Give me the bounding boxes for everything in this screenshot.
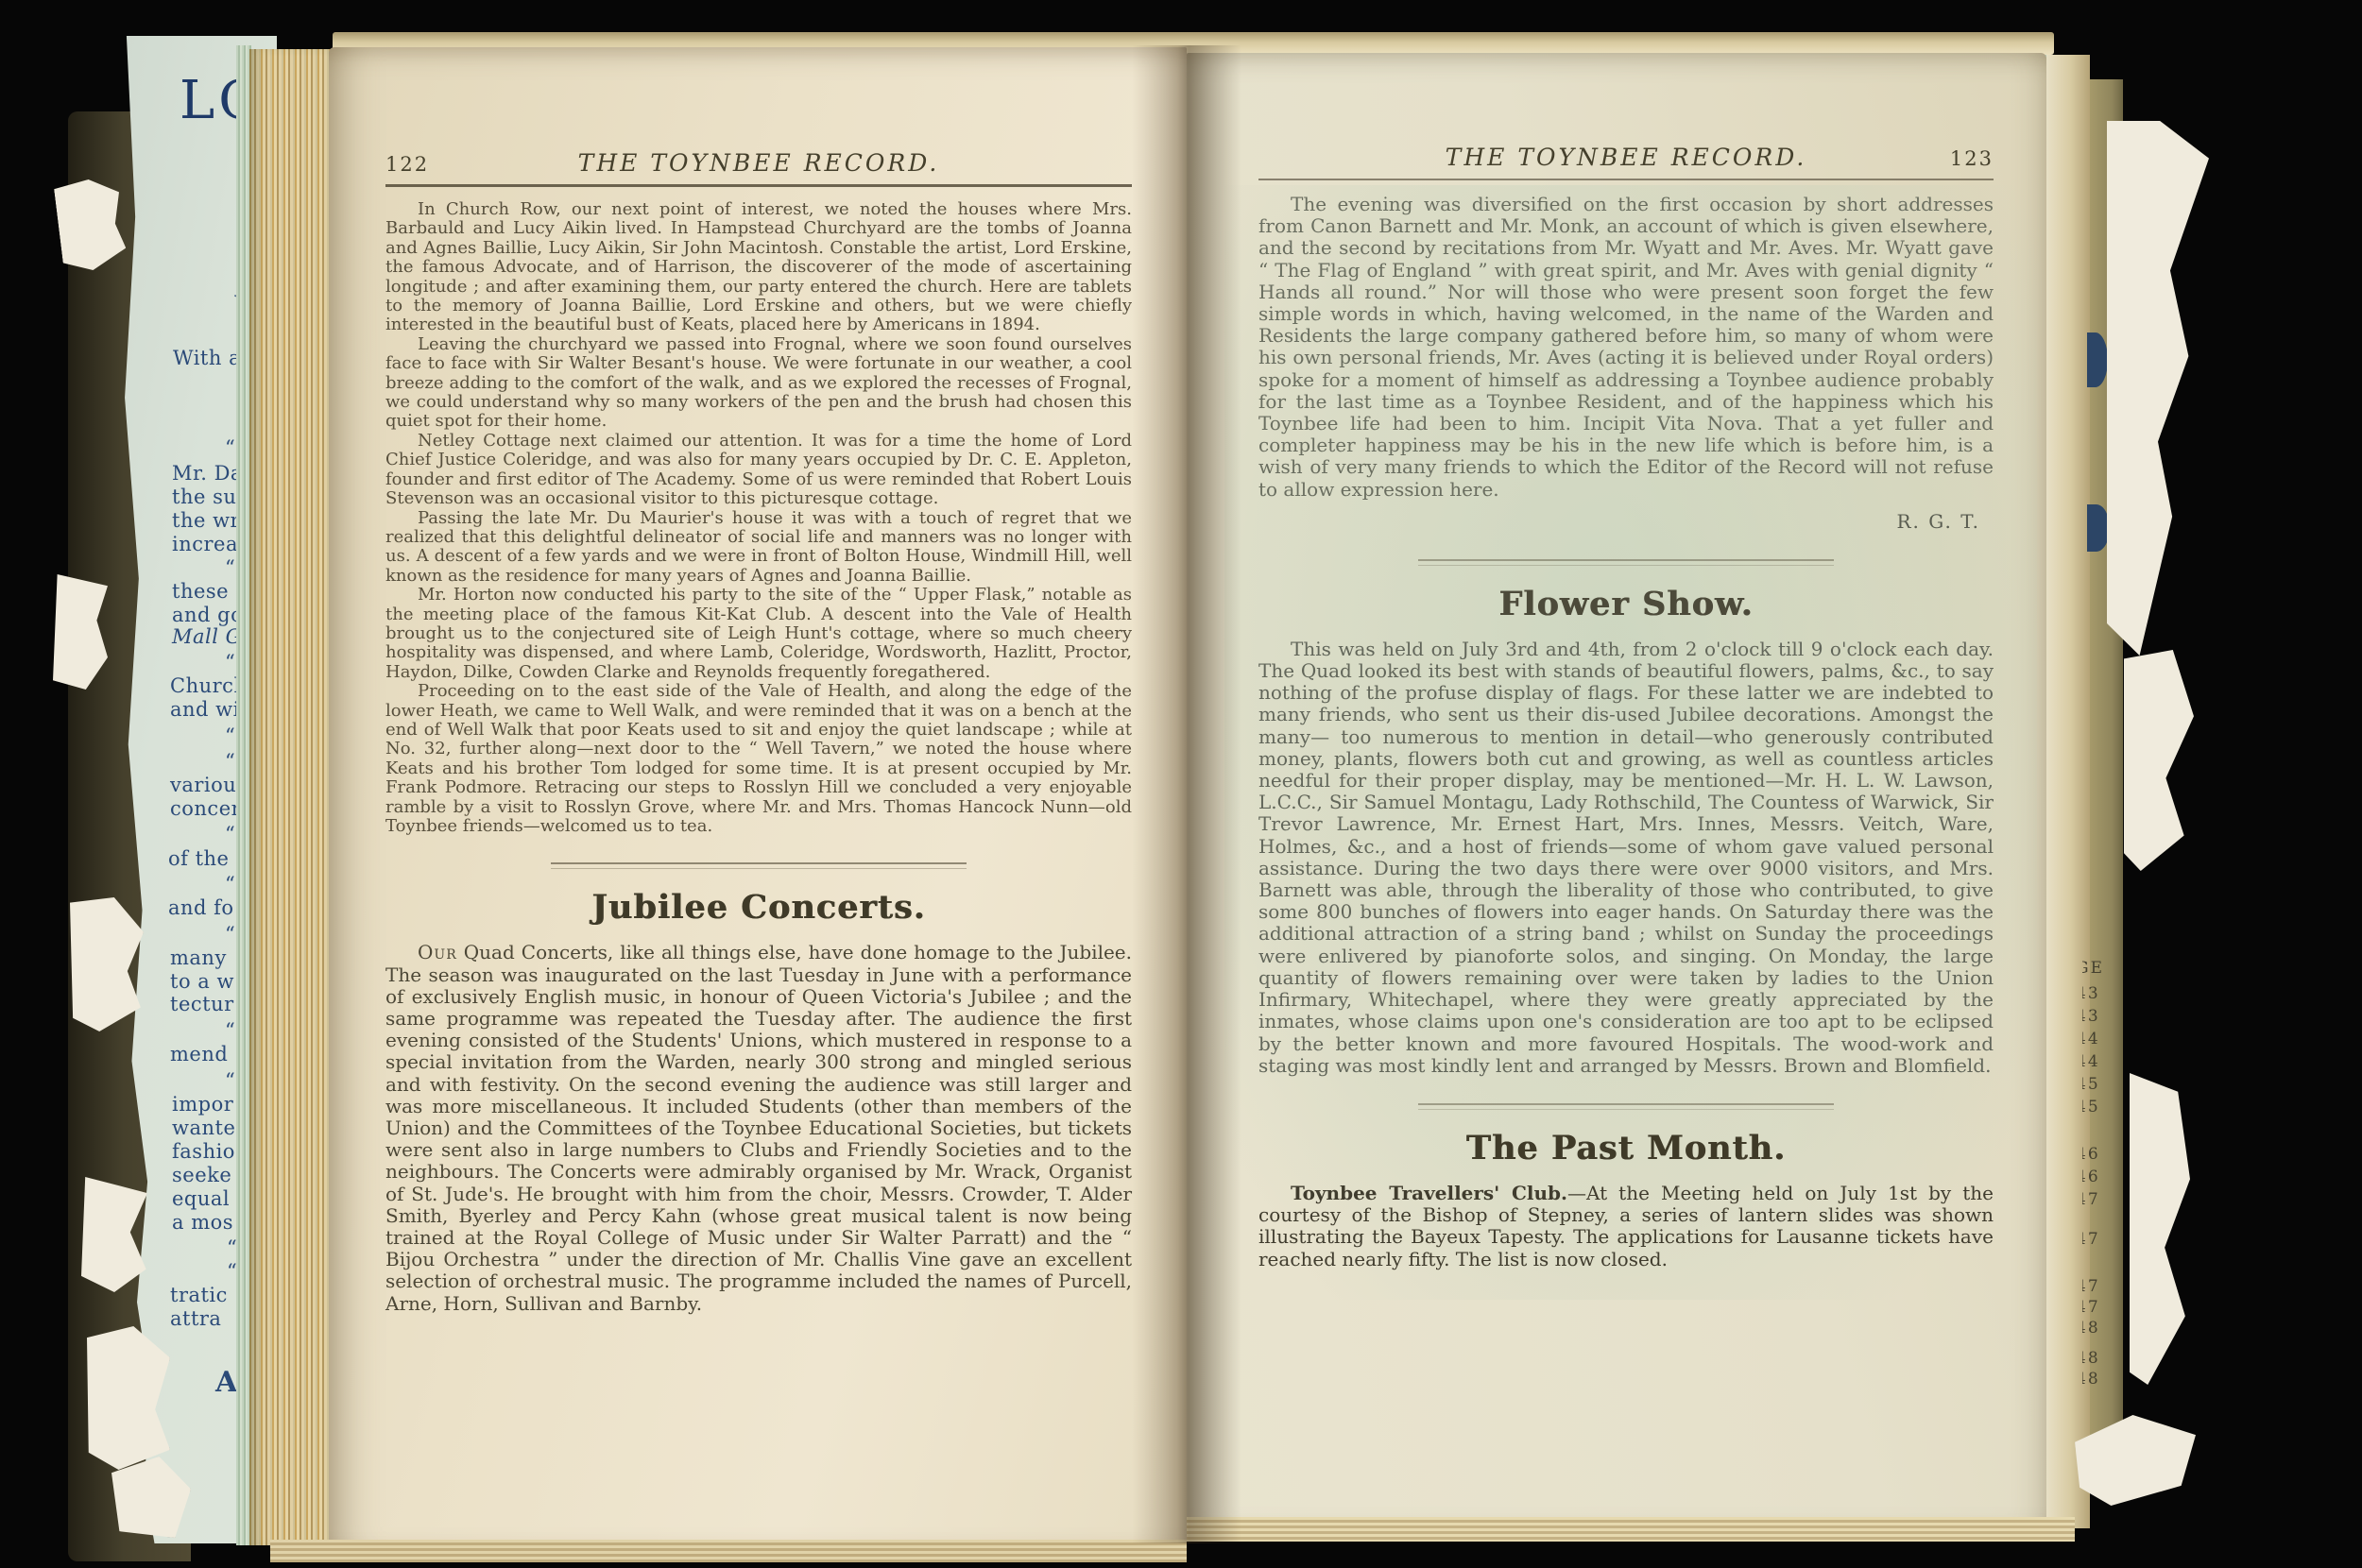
- section-divider: [551, 862, 967, 869]
- fore-edge-number: 46: [2082, 1145, 2100, 1164]
- text-fragment: and fo: [168, 897, 234, 918]
- fore-edge-number: 48: [2082, 1319, 2100, 1338]
- text-fragment: to a w: [170, 971, 234, 992]
- text-fragment: tectur: [170, 994, 234, 1014]
- text-fragment: impor: [172, 1094, 233, 1115]
- fore-edge-number: 47: [2082, 1298, 2100, 1317]
- fore-edge-number: 45: [2082, 1075, 2100, 1094]
- right-page-header: THE TOYNBEE RECORD. 123: [1258, 144, 1994, 171]
- text-fragment: “: [225, 924, 235, 945]
- torn-paper-scrap: [2124, 650, 2194, 871]
- journal-title-right: THE TOYNBEE RECORD.: [1446, 144, 1807, 171]
- evening-paragraph: The evening was diversified on the first…: [1258, 194, 1994, 501]
- fore-edge-number: 48: [2082, 1349, 2100, 1368]
- evening-article: The evening was diversified on the first…: [1258, 194, 1994, 501]
- torn-paper-scrap: [87, 1326, 170, 1470]
- fore-edge-number: 44: [2082, 1030, 2100, 1048]
- section-divider: [1418, 559, 1834, 566]
- left-page-content: 122 THE TOYNBEE RECORD. In Church Row, o…: [385, 149, 1132, 1315]
- page-edges-bottom-right: [1187, 1517, 2075, 1542]
- article-signature: R. G. T.: [1258, 510, 1994, 533]
- fore-edge-number: 47: [2082, 1230, 2100, 1249]
- paragraph: Passing the late Mr. Du Maurier's house …: [385, 509, 1132, 587]
- jubilee-concerts-text: Quad Concerts, like all things else, hav…: [385, 941, 1132, 1314]
- page-edges-bottom-left: [270, 1540, 1187, 1562]
- page-number-right: 123: [1806, 147, 1994, 170]
- text-fragment: “: [225, 1020, 235, 1041]
- journal-title-left: THE TOYNBEE RECORD.: [578, 149, 940, 177]
- photograph-of-open-book: { "left_page": { "page_number": "122", "…: [0, 0, 2362, 1568]
- paragraph: In Church Row, our next point of interes…: [385, 200, 1132, 335]
- lead-word: Our: [418, 941, 457, 963]
- text-fragment: “: [225, 824, 235, 844]
- fore-edge-number: 47: [2082, 1277, 2100, 1296]
- text-fragment: mend: [170, 1044, 228, 1065]
- paragraph: Mr. Horton now conducted his party to th…: [385, 586, 1132, 682]
- fore-edge-number: 45: [2082, 1098, 2100, 1116]
- section-heading-flower-show: Flower Show.: [1258, 585, 1994, 623]
- article-continuation: In Church Row, our next point of interes…: [385, 200, 1132, 836]
- torn-paper-scrap: [2130, 1073, 2190, 1385]
- text-fragment: Mall G: [172, 626, 242, 647]
- fore-edge-number: 43: [2082, 984, 2100, 1003]
- fore-edge-number: 43: [2082, 1007, 2100, 1026]
- header-rule-left: [385, 184, 1132, 187]
- text-fragment: With a: [173, 348, 241, 368]
- fore-edge-number: 47: [2082, 1190, 2100, 1209]
- section-heading-jubilee-concerts: Jubilee Concerts.: [385, 888, 1132, 927]
- page-edges-left: [249, 49, 334, 1545]
- text-fragment: attra: [170, 1308, 221, 1329]
- fore-edge-number: GE: [2082, 959, 2104, 978]
- text-fragment: “: [225, 1070, 235, 1091]
- paragraph: Netley Cottage next claimed our attentio…: [385, 432, 1132, 509]
- left-page-header: 122 THE TOYNBEE RECORD.: [385, 149, 1132, 177]
- past-month-item-lead: Toynbee Travellers' Club.: [1291, 1182, 1567, 1204]
- text-fragment: of the: [168, 848, 229, 869]
- fore-edge-number: 46: [2082, 1167, 2100, 1186]
- jubilee-concerts-paragraph: Our Quad Concerts, like all things else,…: [385, 942, 1132, 1314]
- text-fragment: a mos: [172, 1212, 233, 1233]
- fore-edge-number: 44: [2082, 1052, 2100, 1071]
- text-fragment: many: [170, 947, 227, 968]
- text-fragment: fashio: [172, 1141, 235, 1162]
- fore-edge-number: 48: [2082, 1370, 2100, 1389]
- text-fragment: seeke: [172, 1165, 231, 1185]
- flower-show-paragraph: This was held on July 3rd and 4th, from …: [1258, 639, 1994, 1077]
- text-fragment: concer: [170, 798, 241, 819]
- paragraph: Leaving the churchyard we passed into Fr…: [385, 335, 1132, 432]
- paragraph: Proceeding on to the east side of the Va…: [385, 682, 1132, 836]
- past-month-paragraph: Toynbee Travellers' Club.—At the Meeting…: [1258, 1183, 1994, 1270]
- section-heading-past-month: The Past Month.: [1258, 1129, 1994, 1167]
- header-rule-right: [1258, 179, 1994, 180]
- torn-paper-scrap: [2107, 121, 2209, 656]
- text-fragment: and wi: [170, 699, 240, 720]
- fore-edge-number-list: GE434344444545464647474747484848: [2082, 945, 2116, 1407]
- section-divider: [1418, 1103, 1834, 1110]
- text-fragment: wante: [172, 1117, 235, 1138]
- text-fragment: A: [215, 1368, 238, 1398]
- text-fragment: “: [225, 874, 235, 895]
- right-page-content: THE TOYNBEE RECORD. 123 The evening was …: [1258, 144, 1994, 1270]
- text-fragment: equal: [172, 1188, 230, 1209]
- text-fragment: Mr. Da: [172, 463, 243, 484]
- page-number-left: 122: [385, 153, 578, 176]
- text-fragment: tratic: [170, 1285, 228, 1305]
